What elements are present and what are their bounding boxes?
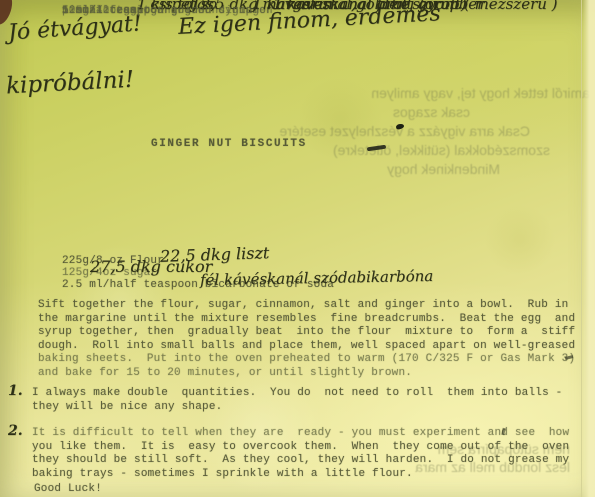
note-line: you like them. It is easy to overcook th… <box>32 441 569 455</box>
ingredient-handwritten: fél kávéskanál szódabikarbóna <box>200 267 434 289</box>
recipe-title: GINGER NUT BISCUITS <box>151 138 307 150</box>
note-number: 2. <box>8 425 23 439</box>
note-line: they should be still soft. As they cool,… <box>32 454 569 468</box>
ingredient-typed: 5 ml/1 teaspoon golden syrup <box>62 5 252 17</box>
bleed-line: amiről tettek hogy tej, vagy amilyen <box>240 84 590 103</box>
bleed-line: Mindenkinek hogy <box>240 160 500 179</box>
method-line: dough. Roll into small balls and place t… <box>38 340 575 354</box>
ingredient-row-bicarbonate: 2.5 ml/half teaspoon bicarbonate of soda… <box>62 274 334 287</box>
bleed-through-top: amiről tettek hogy tej, vagy amilyen csa… <box>240 84 590 179</box>
handwritten-comment-2: kipróbálni! <box>5 67 134 100</box>
ingredient-row-syrup: 5 ml/1 teaspoon golden syrup 1 kávéskaná… <box>62 0 252 13</box>
note-2: 2. It is difficult to tell when they are… <box>32 427 569 481</box>
method-line: the margarine until the mixture resemble… <box>38 313 575 327</box>
method-line: syrup together, then gradually beat into… <box>38 326 575 340</box>
ingredient-handwritten: 1 kávéskanál golden szirup ( mézszerű ) <box>252 0 557 13</box>
note-line: I always make double quantities. You do … <box>32 387 562 401</box>
method-line: baking sheets. Put into the oven preheat… <box>38 353 575 367</box>
note-number: 1. <box>8 385 23 399</box>
method-paragraph: Sift together the flour, sugar, cinnamon… <box>38 299 575 381</box>
note-1: 1. I always make double quantities. You … <box>32 387 562 414</box>
recipe-page: amiről tettek hogy tej, vagy amilyen csa… <box>0 0 595 497</box>
note-line: baking trays - sometimes I sprinkle with… <box>32 468 569 482</box>
note-line: they will be nice any shape. <box>32 401 562 415</box>
method-line: Sift together the flour, sugar, cinnamon… <box>38 299 575 313</box>
closing-text: Good Luck! <box>34 483 102 495</box>
bleed-line: csak szagos <box>240 103 470 122</box>
note-line: It is difficult to tell when they are re… <box>32 427 569 441</box>
method-line: and bake for 15 to 20 minutes, or until … <box>38 367 575 381</box>
page-edge <box>581 0 595 497</box>
